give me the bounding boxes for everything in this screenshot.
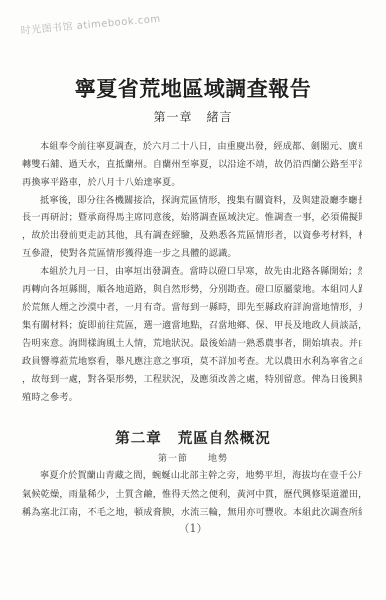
text-line: 稱為塞北江南，不毛之地，頓成膏腴，水流三輪，無用亦可豐收。本組此次調查所經， [22, 507, 362, 519]
section-1-number: 第一節 [158, 454, 188, 464]
chapter-2-heading: 第二章荒區自然概況 [0, 427, 386, 448]
text-line: 轉雙石舖、過天水，直抵蘭州。自蘭州至寧夏，以沿途不靖，故仍沿西蘭公路至平涼， [22, 159, 362, 171]
text-line: 抵寧後，即分往各機關接洽，探詢荒區情形，搜集有關資料，及與建設廳李廳長翰園 [40, 195, 362, 207]
text-line: 本組奉令前往寧夏調查，於六月二十八日，由重慶出發，經成都、劍閣元、廣車； [40, 141, 362, 153]
text-line: 寧夏介於賀蘭山青藏之間，蜿蜒山北部主幹之旁，地勢平坦，海拔均在壹千公尺以上。 [40, 470, 362, 482]
text-line: 本組於九月一日，由寧垣出發調查。當時以磴口早寒，故先由北路各縣開始；然後 [40, 266, 362, 278]
chapter-2-name: 荒區自然概況 [178, 430, 271, 447]
watermark: 时光图书馆 atimebook.com [20, 10, 161, 37]
text-line: 殖時之參考。 [22, 392, 362, 404]
text-line: 告明來意。詢問樣詢風土人情，荒地狀況。最後始請一熟悉農事者，開始填表。并由地 [22, 338, 362, 350]
text-line: 集有關材料；旋即前往荒區，選一適當地點，召當地鄉、保、甲長及地政人員談話， [22, 320, 362, 332]
page-number: （1） [0, 520, 386, 536]
text-line: 政員響導蒞荒地察看，舉凡應注意之事項，莫不詳加考查。尤以農田水利為寧省之命脈 [22, 356, 362, 368]
text-line: 長一再研討；暨承商得馬主席同意後，始將調查區域決定。惟調查一事，必須備擬期間 [22, 212, 362, 224]
text-line: 再轉向各垣縣間，順各地道路，與自然形勢，分別勘查。磴口原屬蒙地。本組同人跋涉 [22, 284, 362, 296]
text-line: 互參證，使對各荒區情形獲得進一步之具體的認識。 [22, 248, 362, 260]
section-1-heading: 第一節地勢 [0, 451, 386, 464]
text-line: ，故於出發前更走訪其他，具有調查經驗，及熟悉各荒區情形者，以資參考材料，相 [22, 230, 362, 242]
document-page: 时光图书馆 atimebook.com 寧夏省荒地區域調查報告 第一章緒言 本組… [0, 0, 386, 600]
chapter-1-name: 緒言 [207, 110, 233, 124]
chapter-1-heading: 第一章緒言 [0, 108, 386, 125]
document-title: 寧夏省荒地區域調查報告 [0, 73, 386, 103]
text-line: ，故每到一處，對各渠形勢，工程狀況，及應須改善之處，特別留意。俾為日後興辦墾 [22, 374, 362, 386]
chapter-2-number: 第二章 [115, 430, 162, 447]
chapter-1-number: 第一章 [153, 110, 192, 124]
text-line: 再換寧平路車，於八月十八始達寧夏。 [22, 177, 362, 189]
text-line: 於荒無人煙之沙漠中者，一月有奇。當每到一縣時，即先至縣政府詳詢當地情形，并搜 [22, 302, 362, 314]
text-line: 氣候乾燥，雨量稀少，土質含鹼，惟得天然之便利，黃河中貫，歷代興修渠道灌田，故 [22, 489, 362, 501]
section-1-name: 地勢 [208, 454, 228, 464]
